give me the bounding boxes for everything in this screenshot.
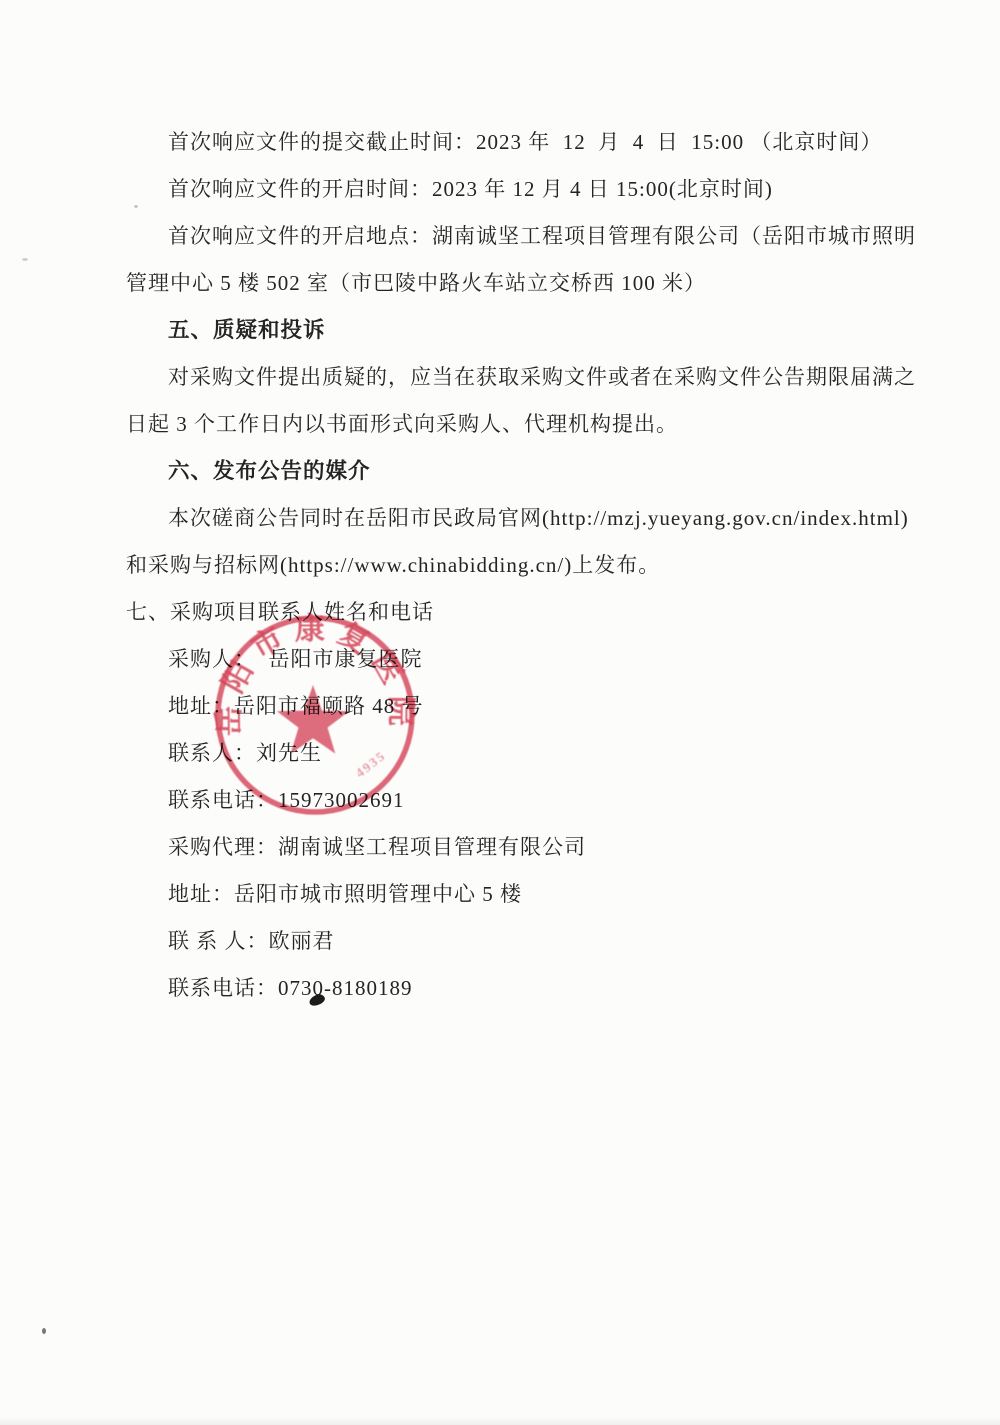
text-line: 六、发布公告的媒介 (126, 448, 872, 495)
scan-speck (22, 258, 28, 261)
text-line: 联系电话：0730-8180189 (126, 965, 872, 1012)
text-line: 联 系 人：欧丽君 (126, 918, 872, 965)
text-line: 地址：岳阳市城市照明管理中心 5 楼 (126, 871, 872, 918)
text-line: 管理中心 5 楼 502 室（市巴陵中路火车站立交桥西 100 米） (126, 260, 872, 307)
text-line: 对采购文件提出质疑的，应当在获取采购文件或者在采购文件公告期限届满之 (126, 354, 872, 401)
text-line: 五、质疑和投诉 (126, 307, 872, 354)
text-line: 首次响应文件的开启时间：2023 年 12 月 4 日 15:00(北京时间) (126, 166, 872, 213)
text-line: 和采购与招标网(https://www.chinabidding.cn/)上发布… (126, 542, 872, 589)
text-line: 地址：岳阳市福颐路 48 号 (126, 683, 872, 730)
text-line: 采购代理：湖南诚坚工程项目管理有限公司 (126, 824, 872, 871)
document-page: 首次响应文件的提交截止时间：2023 年 12 月 4 日 15:00 （北京时… (0, 0, 1000, 1425)
text-line: 本次磋商公告同时在岳阳市民政局官网(http://mzj.yueyang.gov… (126, 495, 872, 542)
scan-speck (134, 205, 138, 208)
text-line: 首次响应文件的提交截止时间：2023 年 12 月 4 日 15:00 （北京时… (126, 119, 872, 166)
text-line: 七、采购项目联系人姓名和电话 (126, 589, 872, 636)
text-line: 联系电话：15973002691 (126, 777, 872, 824)
text-lines: 首次响应文件的提交截止时间：2023 年 12 月 4 日 15:00 （北京时… (0, 0, 1000, 1012)
text-line: 联系人：刘先生 (126, 730, 872, 777)
text-line: 日起 3 个工作日内以书面形式向采购人、代理机构提出。 (126, 401, 872, 448)
text-line: 首次响应文件的开启地点：湖南诚坚工程项目管理有限公司（岳阳市城市照明 (126, 213, 872, 260)
scan-speck (42, 1328, 46, 1334)
text-line: 采购人： 岳阳市康复医院 (126, 636, 872, 683)
